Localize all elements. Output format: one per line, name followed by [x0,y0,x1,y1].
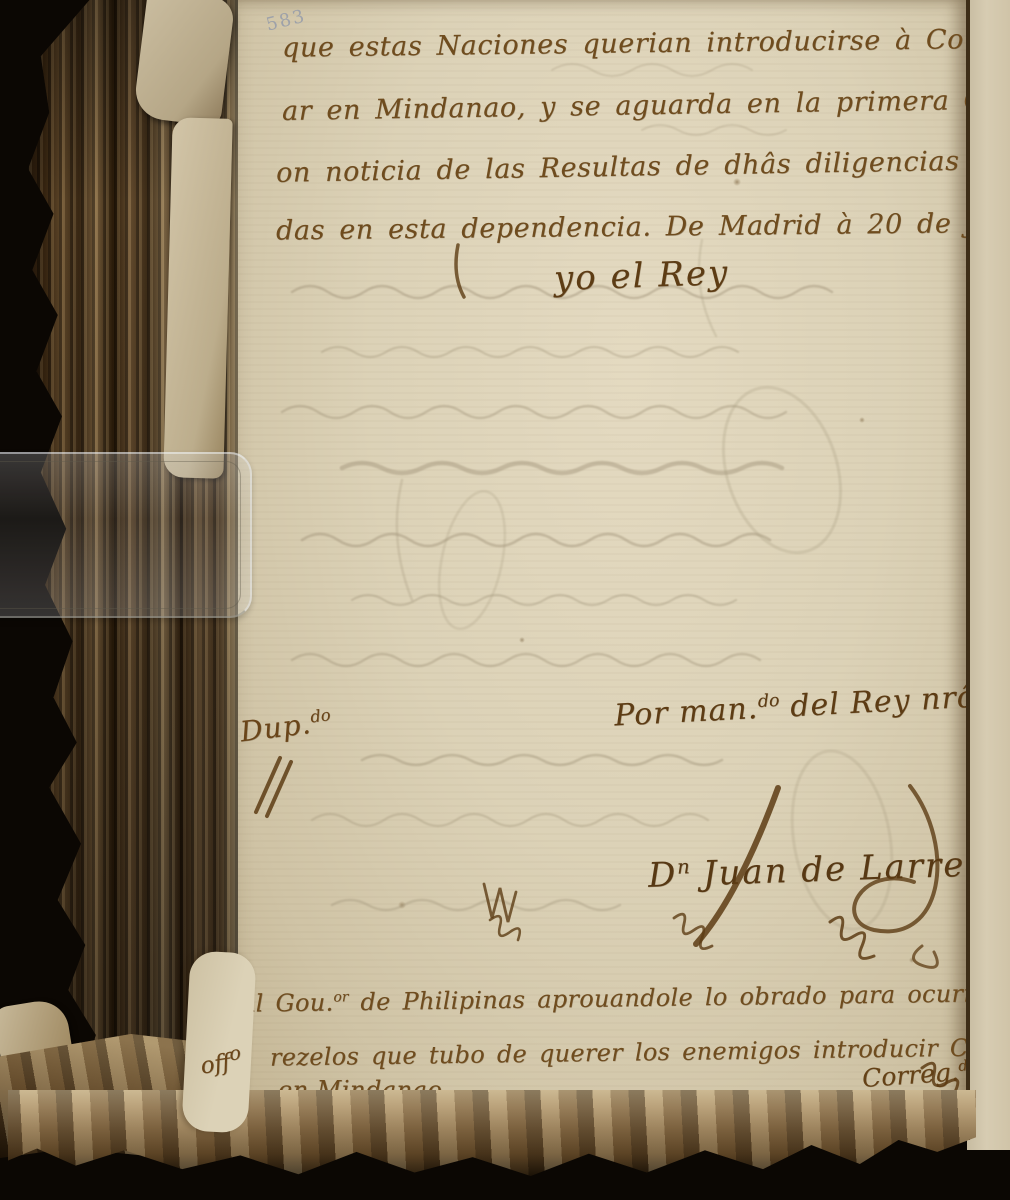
page-corner-bulge [181,950,256,1133]
acrylic-book-weight [0,452,252,618]
letter-line-3: on noticia de las Resultas de dhâs dilig… [276,144,970,189]
margin-note-oficio: offo [198,1041,244,1080]
royal-signature: yo el Rey [553,253,730,299]
manuscript-photo: { "colors": { "background": "#0b0703", "… [0,0,1010,1200]
docket-summary-line-1: Al Gou.or de Philipinas aprouandole lo o… [238,978,970,1018]
letter-line-4: das en esta dependencia. De Madrid à 20 … [276,206,970,246]
letter-line-2: ar en Mindanao, y se aguarda en la prime… [282,84,970,127]
torn-paper-flap [133,0,236,127]
acrylic-weight-inner-edge [0,461,241,609]
adjacent-page-edge [967,0,1010,1150]
torn-paper-flap [163,117,232,478]
letter-line-1: que estas Naciones querian introducirse … [282,23,970,63]
margin-note-duplicado: Dup.do [238,705,333,749]
secretary-signature: Dn Juan de Larrea [647,844,970,896]
bottom-page-edges [8,1090,976,1176]
countersignature-line: Por man.do del Rey nrô S. [613,677,970,733]
manuscript-page: 583 que estas Naciones querian introduci… [222,0,970,1140]
folio-number: 583 [264,5,308,35]
